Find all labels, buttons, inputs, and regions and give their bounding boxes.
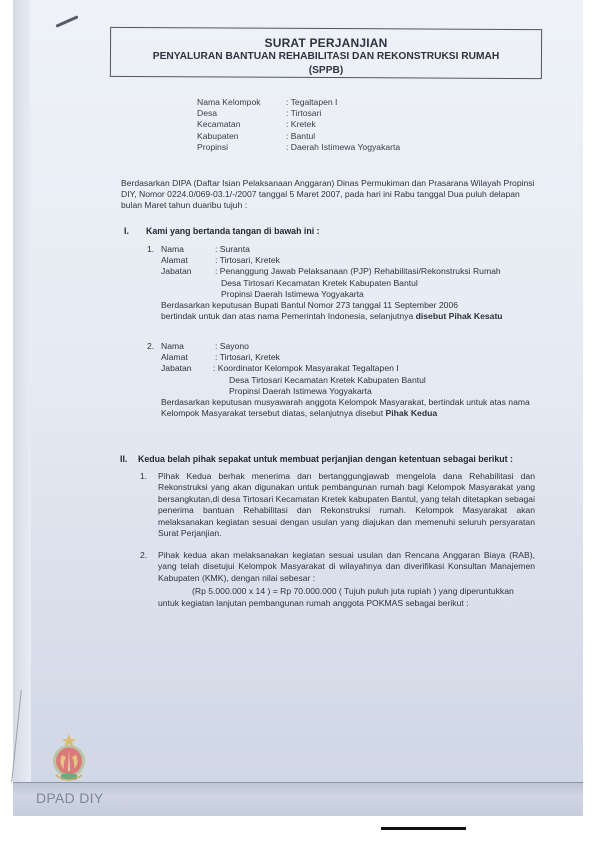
footer-bar <box>381 827 466 830</box>
document-code: (SPPB) <box>110 65 542 76</box>
document-title: SURAT PERJANJIAN <box>110 36 542 50</box>
clause-2: 2. Pihak kedua akan melaksanakan kegiata… <box>158 550 535 609</box>
page-edge <box>13 0 31 782</box>
watermark: DPAD DIY <box>36 790 104 806</box>
party-1: 1.Nama: Suranta Alamat: Tirtosari, Krete… <box>147 244 547 322</box>
party-2: 2.Nama: Sayono Alamat: Tirtosari, Kretek… <box>147 341 567 419</box>
dpad-emblem-icon <box>50 733 88 785</box>
intro-paragraph: Berdasarkan DIPA (Daftar Isian Pelaksana… <box>121 178 561 212</box>
info-row: Nama Kelompok: Tegaltapen I <box>197 97 400 108</box>
section-1-heading: I.Kami yang bertanda tangan di bawah ini… <box>124 226 320 236</box>
info-row: Kecamatan: Kretek <box>197 119 400 130</box>
clause-1: 1. Pihak Kedua berhak menerima dan berta… <box>158 471 535 539</box>
info-row: Kabupaten: Bantul <box>197 131 400 142</box>
group-info: Nama Kelompok: Tegaltapen I Desa: Tirtos… <box>197 97 400 153</box>
section-2-heading: II.Kedua belah pihak sepakat untuk membu… <box>120 454 513 464</box>
info-row: Desa: Tirtosari <box>197 108 400 119</box>
info-row: Propinsi: Daerah Istimewa Yogyakarta <box>197 142 400 153</box>
document-subtitle: PENYALURAN BANTUAN REHABILITASI DAN REKO… <box>110 51 542 62</box>
